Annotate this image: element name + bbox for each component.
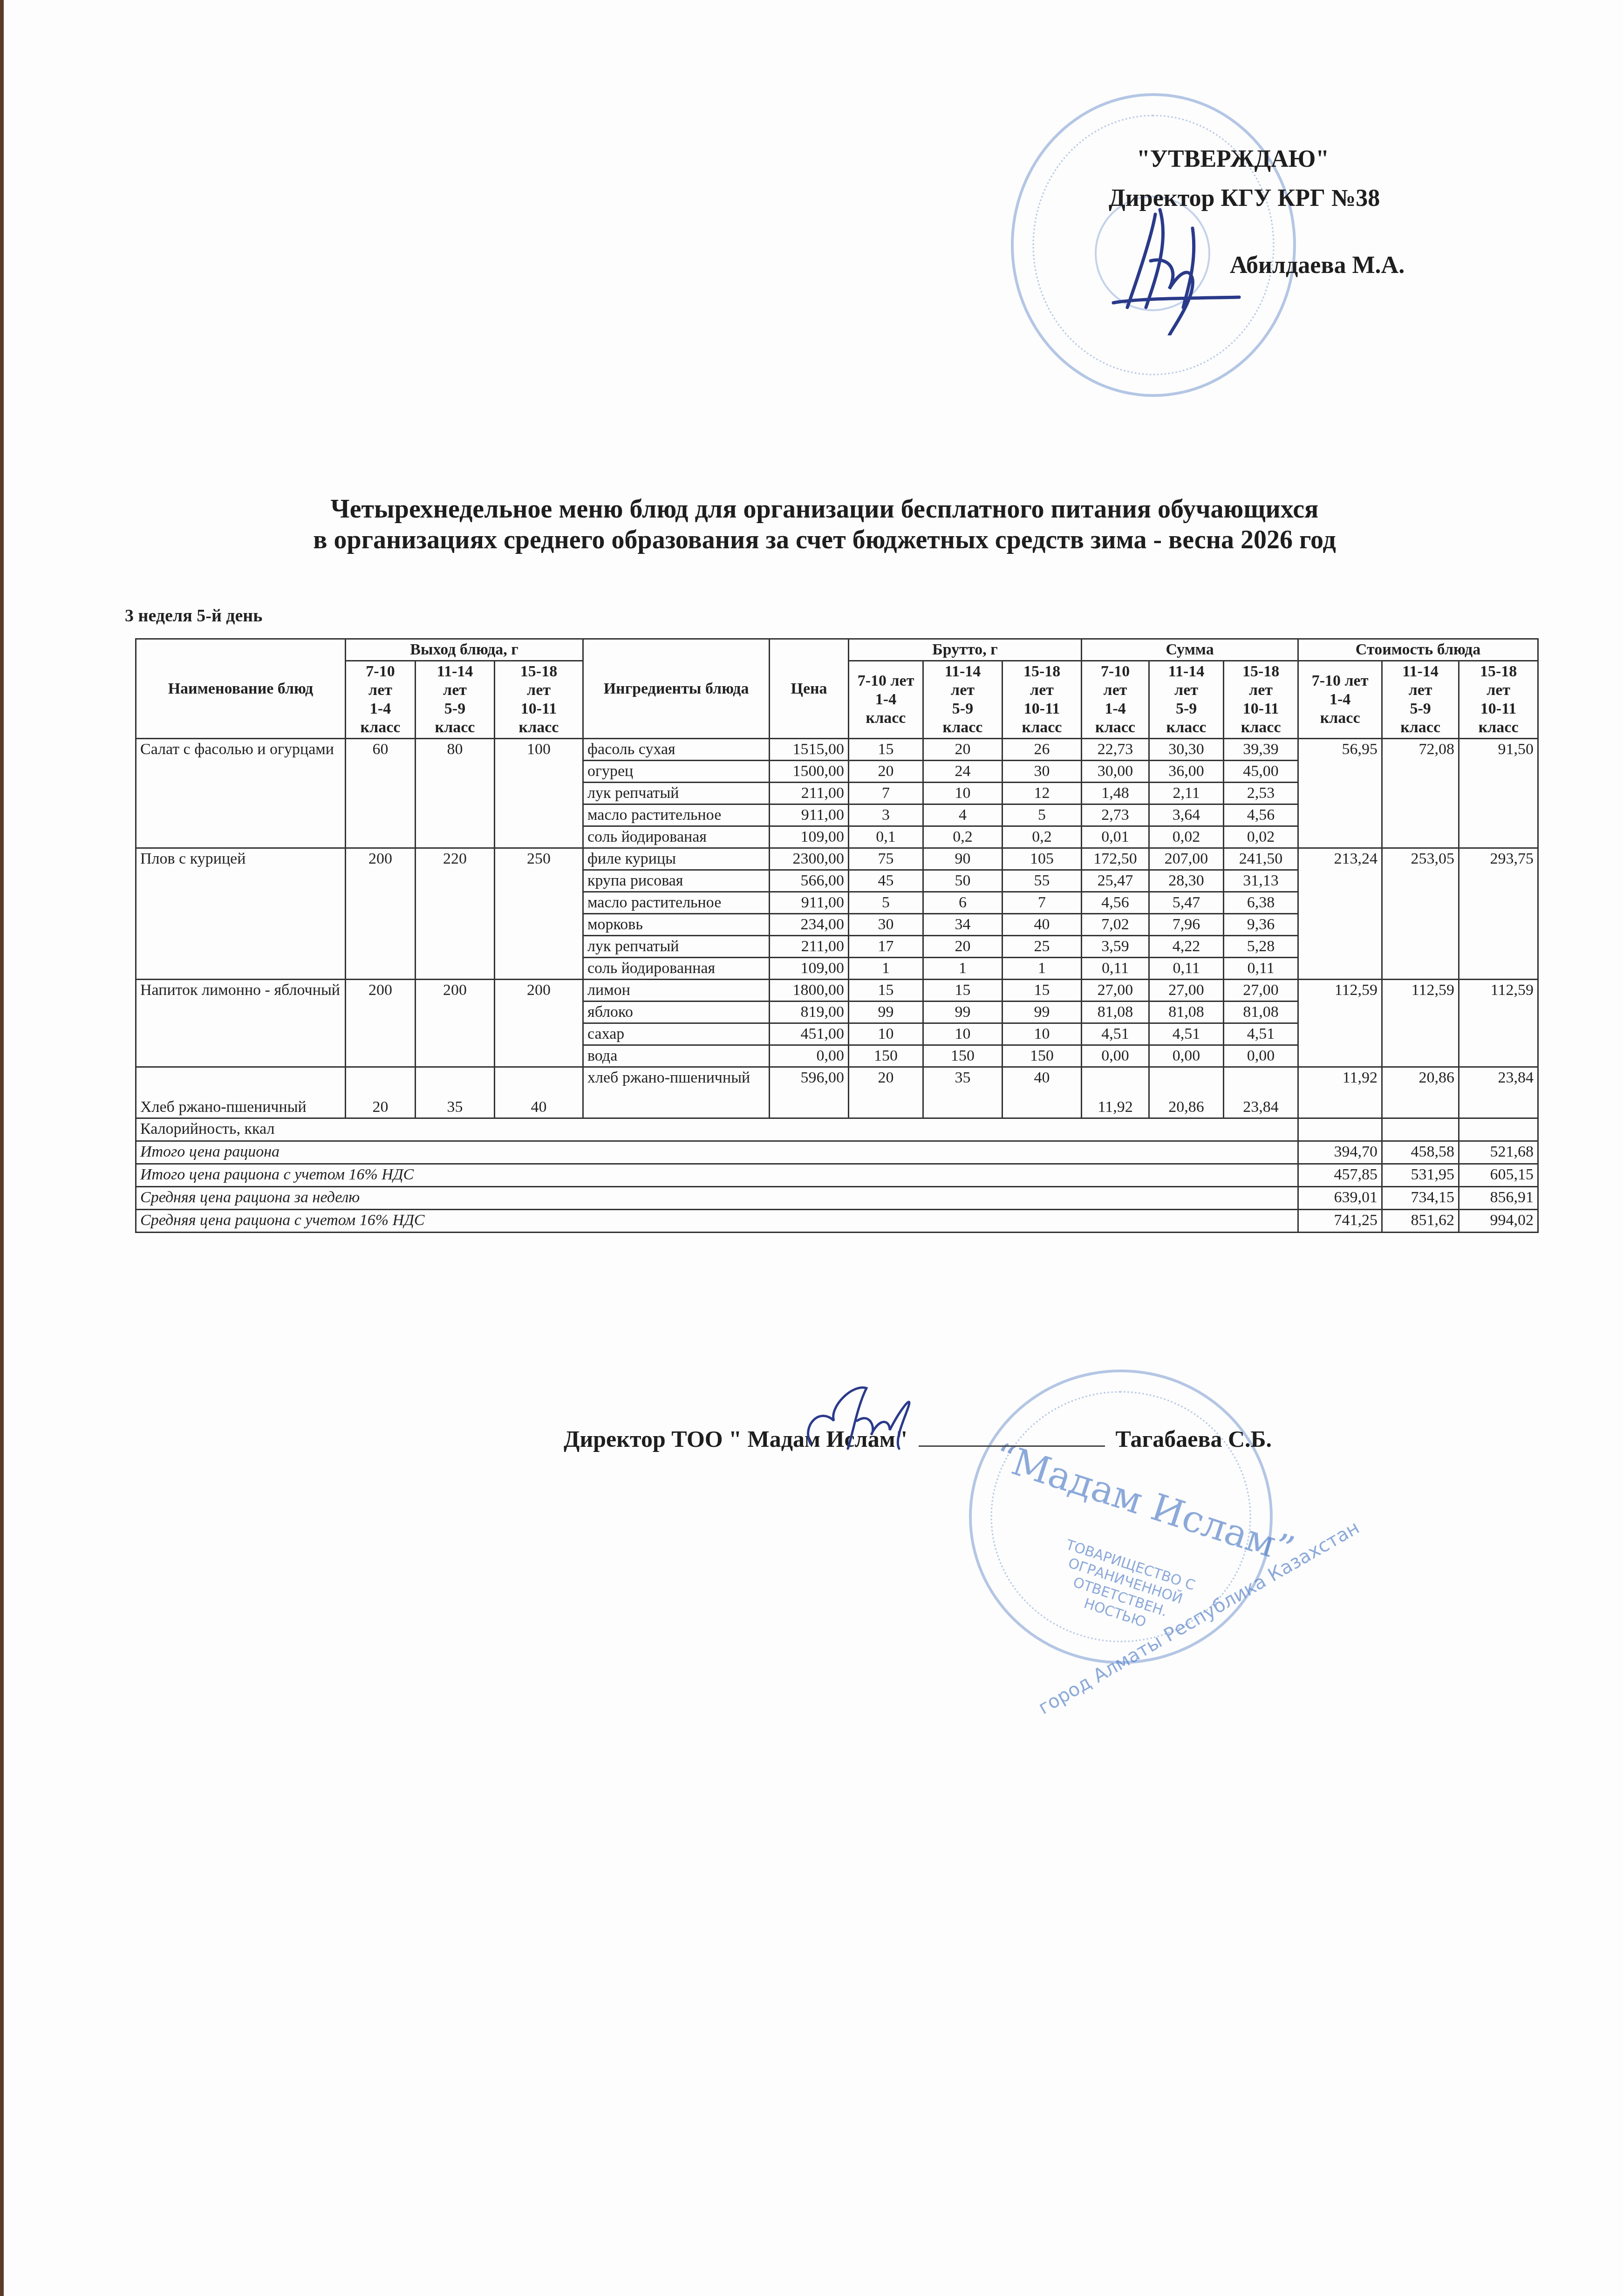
week-day-label: 3 неделя 5-й день [125,606,262,626]
dish-yield: 250 [495,848,583,980]
ingredient-price: 451,00 [770,1023,849,1045]
summary-label: Средняя цена рациона за неделю [136,1187,1298,1210]
ingredient-sum: 0,01 [1082,826,1149,848]
dish-cost: 20,86 [1382,1067,1459,1118]
ingredient-price: 211,00 [770,783,849,804]
dish-cost: 112,59 [1459,980,1538,1067]
ingredient-brutto: 25 [1002,936,1082,958]
page-edge-shadow [0,0,4,2296]
ingredient-sum: 0,00 [1224,1045,1298,1067]
table-row: Напиток лимонно - яблочный200200200лимон… [136,980,1538,1002]
footer-name: Тагабаева С.Б. [1115,1426,1272,1452]
approval-label: "УТВЕРЖДАЮ" [1109,140,1405,179]
dish-cost: 91,50 [1459,739,1538,848]
summary-value: 394,70 [1298,1141,1382,1164]
header-yield: Выход блюда, г [346,639,583,661]
ingredient-name: сахар [583,1023,770,1045]
summary-label: Калорийность, ккал [136,1118,1298,1141]
ingredient-price: 1515,00 [770,739,849,761]
document-title: Четырехнедельное меню блюд для организац… [275,494,1374,555]
dish-yield: 20 [346,1067,416,1118]
ingredient-sum: 4,56 [1082,892,1149,914]
ingredient-name: лук репчатый [583,783,770,804]
ingredient-brutto: 7 [1002,892,1082,914]
ingredient-sum: 2,11 [1149,783,1224,804]
ingredient-brutto: 40 [1002,914,1082,936]
ingredient-brutto: 10 [923,1023,1002,1045]
header-dish-name: Наименование блюд [136,639,346,739]
ingredient-sum: 22,73 [1082,739,1149,761]
dish-cost: 56,95 [1298,739,1382,848]
ingredient-sum: 0,00 [1082,1045,1149,1067]
ingredient-brutto: 5 [1002,804,1082,826]
dish-cost: 11,92 [1298,1067,1382,1118]
summary-value [1298,1118,1382,1141]
ingredient-sum: 1,48 [1082,783,1149,804]
header-yield-age-1: 11-14лет5-9класс [416,661,495,739]
ingredient-name: соль йодированая [583,826,770,848]
dish-cost: 253,05 [1382,848,1459,980]
ingredient-sum: 3,64 [1149,804,1224,826]
dish-name: Хлеб ржано-пшеничный [136,1067,346,1118]
header-yield-age-0: 7-10лет1-4класс [346,661,416,739]
ingredient-brutto: 30 [849,914,923,936]
dish-cost: 72,08 [1382,739,1459,848]
header-price: Цена [770,639,849,739]
dish-cost: 23,84 [1459,1067,1538,1118]
summary-value [1459,1118,1538,1141]
ingredient-price: 234,00 [770,914,849,936]
header-brutto-age-2: 15-18лет10-11класс [1002,661,1082,739]
ingredient-brutto: 1 [849,958,923,980]
ingredient-brutto: 30 [1002,761,1082,783]
summary-row: Средняя цена рациона с учетом 16% НДС741… [136,1210,1538,1233]
summary-value: 457,85 [1298,1164,1382,1187]
ingredient-sum: 0,02 [1224,826,1298,848]
header-sum-age-2: 15-18лет10-11класс [1224,661,1298,739]
ingredient-brutto: 1 [1002,958,1082,980]
ingredient-brutto: 4 [923,804,1002,826]
ingredient-brutto: 6 [923,892,1002,914]
ingredient-brutto: 20 [923,936,1002,958]
ingredient-brutto: 0,2 [1002,826,1082,848]
ingredient-sum: 25,47 [1082,870,1149,892]
ingredient-price: 911,00 [770,804,849,826]
header-ingredients: Ингредиенты блюда [583,639,770,739]
ingredient-price: 109,00 [770,958,849,980]
dish-name: Напиток лимонно - яблочный [136,980,346,1067]
summary-row: Средняя цена рациона за неделю639,01734,… [136,1187,1538,1210]
ingredient-brutto: 99 [923,1002,1002,1023]
summary-value: 639,01 [1298,1187,1382,1210]
ingredient-brutto: 75 [849,848,923,870]
summary-value: 741,25 [1298,1210,1382,1233]
ingredient-sum: 45,00 [1224,761,1298,783]
ingredient-brutto: 10 [849,1023,923,1045]
summary-value: 851,62 [1382,1210,1459,1233]
ingredient-brutto: 105 [1002,848,1082,870]
ingredient-sum: 4,56 [1224,804,1298,826]
summary-value: 605,15 [1459,1164,1538,1187]
ingredient-sum: 27,00 [1149,980,1224,1002]
summary-row: Итого цена рациона с учетом 16% НДС457,8… [136,1164,1538,1187]
ingredient-sum: 4,22 [1149,936,1224,958]
dish-yield: 200 [495,980,583,1067]
ingredient-sum: 0,11 [1224,958,1298,980]
header-brutto: Брутто, г [849,639,1082,661]
table-row: Салат с фасолью и огурцами6080100фасоль … [136,739,1538,761]
director-signature [801,1379,932,1453]
ingredient-brutto: 10 [923,783,1002,804]
ingredient-sum: 0,11 [1149,958,1224,980]
ingredient-brutto: 150 [849,1045,923,1067]
summary-value [1382,1118,1459,1141]
ingredient-brutto: 45 [849,870,923,892]
ingredient-brutto: 24 [923,761,1002,783]
ingredient-brutto: 55 [1002,870,1082,892]
ingredient-brutto: 40 [1002,1067,1082,1118]
dish-yield: 200 [346,980,416,1067]
dish-yield: 200 [416,980,495,1067]
ingredient-sum: 30,00 [1082,761,1149,783]
ingredient-sum: 7,02 [1082,914,1149,936]
ingredient-sum: 36,00 [1149,761,1224,783]
ingredient-brutto: 150 [1002,1045,1082,1067]
ingredient-sum: 2,73 [1082,804,1149,826]
ingredient-sum: 23,84 [1224,1067,1298,1118]
dish-yield: 35 [416,1067,495,1118]
summary-row: Итого цена рациона394,70458,58521,68 [136,1141,1538,1164]
approver-signature [1099,186,1248,335]
ingredient-sum: 0,00 [1149,1045,1224,1067]
summary-value: 458,58 [1382,1141,1459,1164]
ingredient-sum: 5,28 [1224,936,1298,958]
header-sum-age-1: 11-14лет5-9класс [1149,661,1224,739]
ingredient-sum: 3,59 [1082,936,1149,958]
summary-value: 856,91 [1459,1187,1538,1210]
ingredient-brutto: 0,2 [923,826,1002,848]
ingredient-price: 211,00 [770,936,849,958]
ingredient-sum: 4,51 [1149,1023,1224,1045]
ingredient-sum: 9,36 [1224,914,1298,936]
summary-label: Средняя цена рациона с учетом 16% НДС [136,1210,1298,1233]
ingredient-name: фасоль сухая [583,739,770,761]
dish-name: Салат с фасолью и огурцами [136,739,346,848]
ingredient-name: лук репчатый [583,936,770,958]
ingredient-sum: 5,47 [1149,892,1224,914]
ingredient-brutto: 17 [849,936,923,958]
dish-cost: 112,59 [1298,980,1382,1067]
ingredient-sum: 39,39 [1224,739,1298,761]
ingredient-sum: 7,96 [1149,914,1224,936]
ingredient-brutto: 15 [849,739,923,761]
ingredient-sum: 2,53 [1224,783,1298,804]
ingredient-sum: 0,11 [1082,958,1149,980]
dish-yield: 220 [416,848,495,980]
ingredient-sum: 0,02 [1149,826,1224,848]
summary-label: Итого цена рациона с учетом 16% НДС [136,1164,1298,1187]
ingredient-brutto: 10 [1002,1023,1082,1045]
ingredient-name: лимон [583,980,770,1002]
title-line-1: Четырехнедельное меню блюд для организац… [275,494,1374,525]
ingredient-name: морковь [583,914,770,936]
ingredient-brutto: 3 [849,804,923,826]
ingredient-brutto: 90 [923,848,1002,870]
ingredient-brutto: 150 [923,1045,1002,1067]
ingredient-sum: 81,08 [1224,1002,1298,1023]
ingredient-sum: 30,30 [1149,739,1224,761]
table-row: Хлеб ржано-пшеничный203540хлеб ржано-пше… [136,1067,1538,1118]
ingredient-name: масло растительное [583,804,770,826]
ingredient-name: хлеб ржано-пшеничный [583,1067,770,1118]
ingredient-sum: 27,00 [1224,980,1298,1002]
ingredient-brutto: 1 [923,958,1002,980]
ingredient-brutto: 20 [849,761,923,783]
ingredient-brutto: 35 [923,1067,1002,1118]
ingredient-sum: 27,00 [1082,980,1149,1002]
ingredient-price: 1500,00 [770,761,849,783]
ingredient-price: 1800,00 [770,980,849,1002]
header-row-1: Наименование блюдВыход блюда, гИнгредиен… [136,639,1538,661]
header-yield-age-2: 15-18лет10-11класс [495,661,583,739]
dish-cost: 293,75 [1459,848,1538,980]
ingredient-price: 109,00 [770,826,849,848]
summary-label: Итого цена рациона [136,1141,1298,1164]
ingredient-price: 911,00 [770,892,849,914]
ingredient-sum: 28,30 [1149,870,1224,892]
header-sum: Сумма [1082,639,1298,661]
ingredient-brutto: 99 [849,1002,923,1023]
header-cost-age-0: 7-10 лет1-4класс [1298,661,1382,739]
summary-value: 521,68 [1459,1141,1538,1164]
ingredient-name: масло растительное [583,892,770,914]
ingredient-name: огурец [583,761,770,783]
ingredient-sum: 81,08 [1082,1002,1149,1023]
ingredient-brutto: 12 [1002,783,1082,804]
dish-yield: 60 [346,739,416,848]
header-sum-age-0: 7-10лет1-4класс [1082,661,1149,739]
dish-yield: 40 [495,1067,583,1118]
summary-value: 734,15 [1382,1187,1459,1210]
ingredient-sum: 4,51 [1224,1023,1298,1045]
ingredient-price: 2300,00 [770,848,849,870]
ingredient-name: вода [583,1045,770,1067]
signature-line [919,1445,1105,1447]
ingredient-brutto: 7 [849,783,923,804]
title-line-2: в организациях среднего образования за с… [275,525,1374,555]
ingredient-brutto: 15 [1002,980,1082,1002]
ingredient-brutto: 26 [1002,739,1082,761]
ingredient-brutto: 20 [923,739,1002,761]
ingredient-sum: 11,92 [1082,1067,1149,1118]
summary-value: 531,95 [1382,1164,1459,1187]
ingredient-name: филе курицы [583,848,770,870]
ingredient-name: яблоко [583,1002,770,1023]
summary-row: Калорийность, ккал [136,1118,1538,1141]
ingredient-brutto: 15 [923,980,1002,1002]
ingredient-brutto: 0,1 [849,826,923,848]
ingredient-sum: 241,50 [1224,848,1298,870]
ingredient-brutto: 50 [923,870,1002,892]
ingredient-sum: 172,50 [1082,848,1149,870]
ingredient-sum: 4,51 [1082,1023,1149,1045]
summary-value: 994,02 [1459,1210,1538,1233]
header-brutto-age-1: 11-14лет5-9класс [923,661,1002,739]
ingredient-price: 596,00 [770,1067,849,1118]
ingredient-brutto: 15 [849,980,923,1002]
ingredient-sum: 6,38 [1224,892,1298,914]
ingredient-sum: 81,08 [1149,1002,1224,1023]
dish-yield: 200 [346,848,416,980]
dish-cost: 213,24 [1298,848,1382,980]
dish-name: Плов с курицей [136,848,346,980]
ingredient-price: 0,00 [770,1045,849,1067]
dish-yield: 80 [416,739,495,848]
header-brutto-age-0: 7-10 лет1-4класс [849,661,923,739]
dish-yield: 100 [495,739,583,848]
ingredient-brutto: 99 [1002,1002,1082,1023]
ingredient-price: 819,00 [770,1002,849,1023]
header-cost: Стоимость блюда [1298,639,1538,661]
menu-table: Наименование блюдВыход блюда, гИнгредиен… [135,638,1539,1233]
header-cost-age-2: 15-18лет10-11класс [1459,661,1538,739]
table-row: Плов с курицей200220250филе курицы2300,0… [136,848,1538,870]
ingredient-name: крупа рисовая [583,870,770,892]
ingredient-name: соль йодированная [583,958,770,980]
ingredient-price: 566,00 [770,870,849,892]
ingredient-brutto: 5 [849,892,923,914]
ingredient-brutto: 20 [849,1067,923,1118]
ingredient-brutto: 34 [923,914,1002,936]
ingredient-sum: 31,13 [1224,870,1298,892]
header-cost-age-1: 11-14лет5-9класс [1382,661,1459,739]
dish-cost: 112,59 [1382,980,1459,1067]
ingredient-sum: 207,00 [1149,848,1224,870]
ingredient-sum: 20,86 [1149,1067,1224,1118]
